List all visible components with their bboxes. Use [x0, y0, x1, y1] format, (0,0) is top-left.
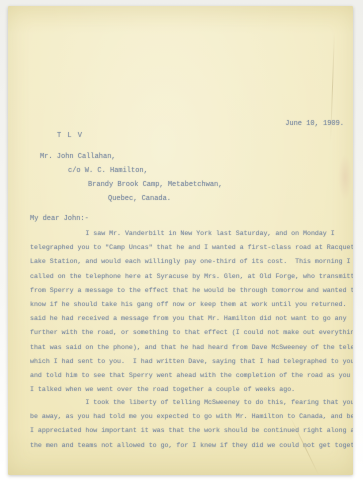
- scanned-letter: June 10, 1909. T L V Mr. John Callahan, …: [0, 0, 363, 500]
- typed-line: further with the road, or something to t…: [30, 326, 353, 340]
- typed-line: be away, as you had told me you expected…: [30, 410, 353, 424]
- typed-line: and told him to see that Sperry went ahe…: [30, 369, 353, 383]
- typed-line: I took the liberty of telling McSweeney …: [30, 396, 353, 410]
- typed-line: called on the telephone here at Syracuse…: [30, 270, 353, 284]
- typed-line: Lake Station, and would each willingly p…: [30, 255, 353, 269]
- recipient-care-of: c/o W. C. Hamilton,: [68, 167, 148, 175]
- typed-line: telegraphed you to "Camp Uncas" that he …: [30, 241, 353, 255]
- salutation: My dear John:-: [30, 215, 89, 223]
- typed-line: which I had sent to you. I had written D…: [30, 355, 353, 369]
- recipient-address: Brandy Brook Camp, Metabetchwan,: [88, 181, 222, 189]
- typed-line: from Sperry a message to the effect that…: [30, 284, 353, 298]
- paper-stain: [338, 154, 352, 200]
- recipient-region: Quebec, Canada.: [108, 195, 171, 203]
- typed-line: I appreciated how important it was that …: [30, 424, 353, 438]
- typed-line: that was said on the phone), and that he…: [30, 341, 353, 355]
- letter-paper: June 10, 1909. T L V Mr. John Callahan, …: [8, 6, 353, 475]
- typed-line: I saw Mr. Vanderbilt in New York last Sa…: [30, 227, 353, 241]
- recipient-name: Mr. John Callahan,: [40, 153, 116, 161]
- typed-line: the men and teams not allowed to go, for…: [30, 439, 353, 453]
- typed-line: said he had received a message from you …: [30, 312, 353, 326]
- letter-date: June 10, 1909.: [285, 120, 344, 128]
- body-paragraph-2: I took the liberty of telling McSweeney …: [30, 396, 353, 453]
- typist-initials: T L V: [57, 132, 83, 140]
- typed-line: know if he should take his gang off now …: [30, 298, 353, 312]
- body-paragraph-1: I saw Mr. Vanderbilt in New York last Sa…: [30, 227, 353, 397]
